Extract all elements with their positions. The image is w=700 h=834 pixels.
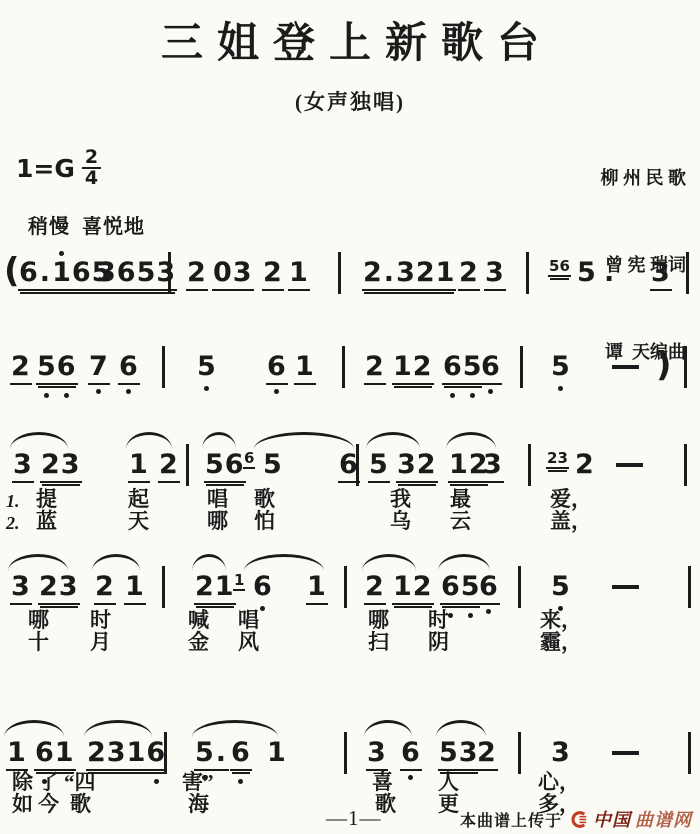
- lyric-syllable: 哪: [207, 509, 228, 533]
- lyric-syllable: 除: [12, 770, 33, 794]
- lyric-syllable: 今: [38, 792, 59, 816]
- verse-number: 2.: [6, 511, 20, 535]
- lyric-syllable: 阴: [428, 630, 449, 654]
- lyric-syllable: 云: [450, 509, 471, 533]
- lyric-syllable: 风: [238, 630, 259, 654]
- watermark-site-name-cn: 中国: [593, 806, 631, 832]
- lyric-syllable: 害”: [182, 770, 214, 794]
- lyric-syllable: 喜: [372, 770, 393, 794]
- lyric-syllable: 歌: [254, 487, 275, 511]
- lyric-syllable: 起: [128, 487, 149, 511]
- lyric-syllable: 乌: [390, 509, 411, 533]
- lyric-syllable: 唱: [238, 608, 259, 632]
- lyric-syllable: 霾，: [540, 630, 582, 654]
- lyric-syllable: 月: [90, 630, 111, 654]
- lyric-syllable: 我: [390, 487, 411, 511]
- lyric-syllable: 心，: [538, 770, 580, 794]
- lyric-syllable: 时: [90, 608, 111, 632]
- sheet-music-page: 三姐登上新歌台 (女声独唱) 柳 州 民 歌 曾 宪 瑞词 谭 天编曲 1=G …: [0, 0, 700, 834]
- lyric-syllable: 哪: [368, 608, 389, 632]
- lyric-syllable: 天: [128, 509, 149, 533]
- lyric-syllable: 十: [28, 630, 49, 654]
- watermark-text: 本曲谱上传于: [460, 808, 562, 831]
- lyric-syllable: 海: [188, 792, 209, 816]
- lyric-syllable: 爱，: [550, 487, 592, 511]
- lyrics-area: 1.提起唱歌我最爱，2.蓝天哪怕乌云盖，哪时喊唱哪时来，十月金风扫阴霾，除了“四…: [0, 0, 700, 834]
- lyric-syllable: 蓝: [36, 509, 57, 533]
- watermark: 本曲谱上传于 中国 曲谱网: [460, 806, 692, 832]
- lyric-syllable: 怕: [254, 509, 275, 533]
- lyric-syllable: 哪: [28, 608, 49, 632]
- lyric-syllable: 扫: [368, 630, 389, 654]
- lyric-syllable: 歌: [70, 792, 91, 816]
- lyric-syllable: 最: [450, 487, 471, 511]
- lyric-syllable: “四: [64, 770, 96, 794]
- lyric-syllable: 人: [438, 770, 459, 794]
- lyric-syllable: 喊: [188, 608, 209, 632]
- watermark-site-name-rest: 曲谱网: [635, 806, 692, 832]
- lyric-syllable: 更: [438, 792, 459, 816]
- lyric-syllable: 金: [188, 630, 209, 654]
- verse-number: 1.: [6, 489, 20, 513]
- page-number: —1—: [326, 806, 382, 831]
- lyric-syllable: 时: [428, 608, 449, 632]
- lyric-syllable: 了: [38, 770, 59, 794]
- lyric-syllable: 如: [12, 792, 33, 816]
- lyric-syllable: 盖，: [550, 509, 592, 533]
- lyric-syllable: 唱: [207, 487, 228, 511]
- lyric-syllable: 提: [36, 487, 57, 511]
- lyric-syllable: 来，: [540, 608, 582, 632]
- cqp-logo-icon: [570, 810, 589, 829]
